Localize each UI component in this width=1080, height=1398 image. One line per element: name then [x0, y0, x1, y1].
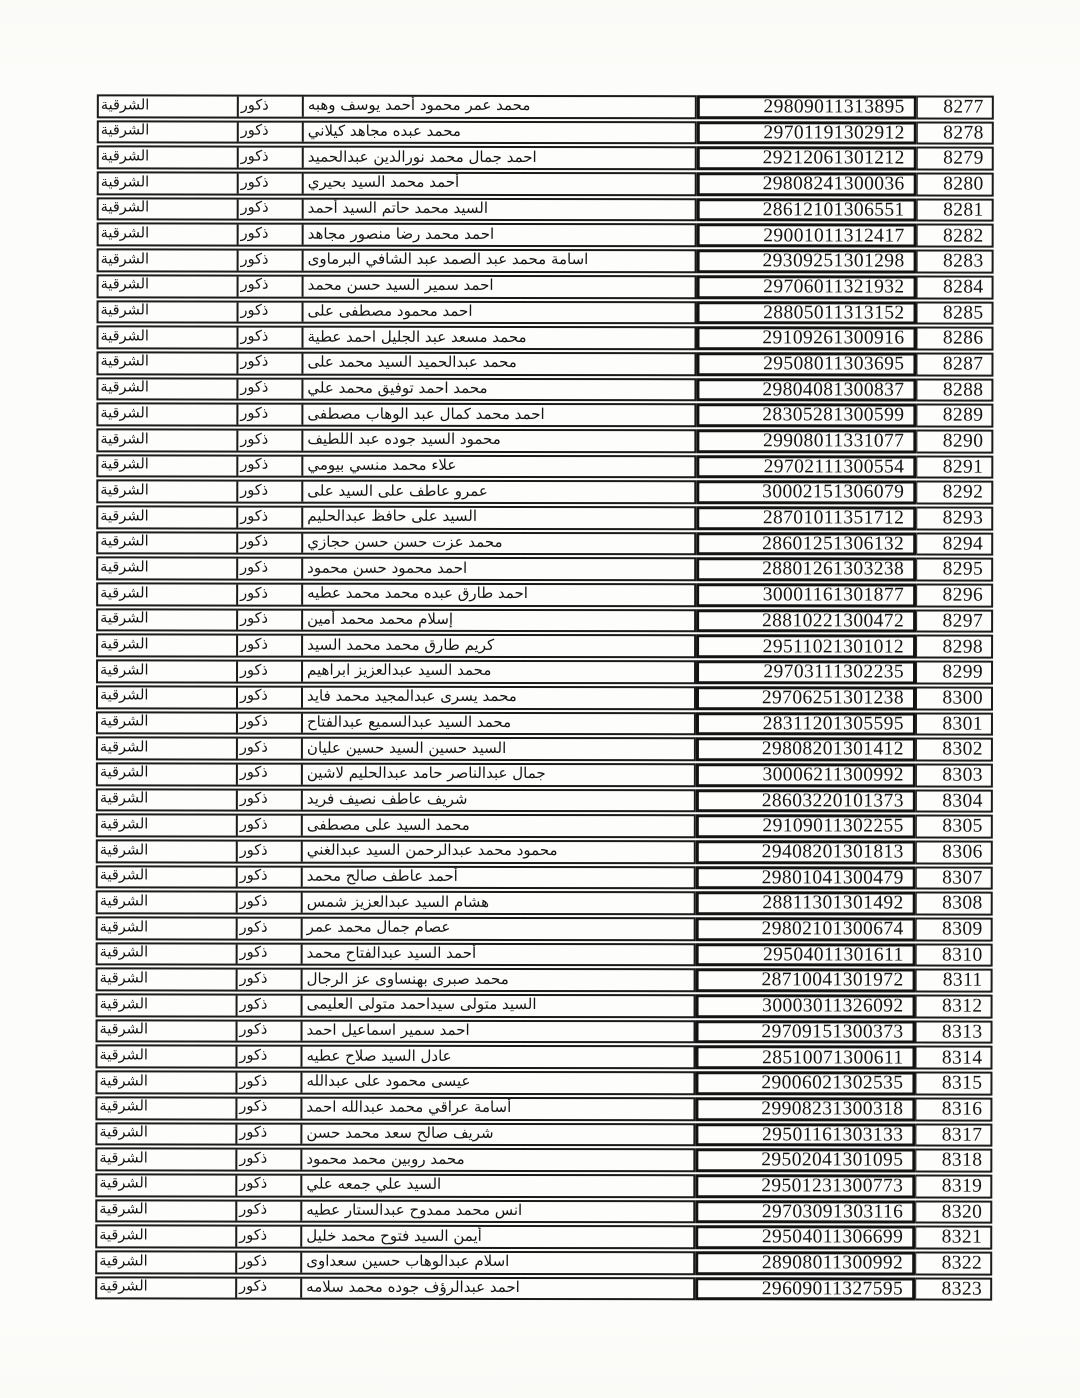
national-id-cell: 28811301301492 [696, 892, 916, 916]
national-id-cell: 28311201305595 [696, 712, 916, 736]
governorate-cell: الشرقية [99, 199, 239, 219]
national-id-cell: 29908011331077 [696, 429, 916, 453]
name-cell: السيد متولى سيداحمد متولى العليمى [303, 996, 694, 1016]
serial-cell: 8322 [915, 1251, 992, 1275]
governorate-cell: الشرقية [98, 584, 238, 604]
row-info-box: الشرقية ذكور هشام السيد عبدالعزيز شمس [96, 891, 696, 916]
name-cell: علاء محمد منسي بيومي [303, 456, 694, 476]
name-cell: محمد روبين محمد محمود [302, 1150, 693, 1170]
serial-cell: 8311 [916, 969, 993, 993]
table-row: الشرقية ذكور السيد على حافظ عبدالحليم 28… [96, 505, 993, 530]
row-info-box: الشرقية ذكور محمد يسرى عبدالمجيد محمد فا… [96, 685, 696, 710]
row-info-box: الشرقية ذكور محمد عبده مجاهد كيلاني [97, 120, 697, 145]
serial-cell: 8292 [916, 481, 993, 505]
table-row: الشرقية ذكور جمال عبدالناصر حامد عبدالحل… [96, 762, 993, 787]
serial-cell: 8309 [916, 918, 993, 942]
governorate-cell: الشرقية [98, 1021, 238, 1041]
gender-cell: ذكور [239, 97, 304, 117]
row-info-box: الشرقية ذكور محمد عمر محمود أحمد يوسف وه… [97, 94, 697, 119]
name-cell: عمرو عاطف على السيد على [303, 482, 694, 502]
row-info-box: الشرقية ذكور انس محمد ممدوح عبدالستار عط… [95, 1199, 695, 1224]
national-id-cell: 29504011301611 [696, 943, 916, 967]
gender-cell: ذكور [238, 996, 303, 1016]
national-id-cell: 30001161301877 [696, 583, 916, 607]
national-id-cell: 29504011306699 [695, 1225, 915, 1249]
name-cell: احمد عبدالرؤف جوده محمد سلامه [302, 1278, 693, 1298]
table-row: الشرقية ذكور أسامة عراقي محمد عبدالله اح… [95, 1096, 992, 1121]
row-info-box: الشرقية ذكور أحمد عاطف صالح محمد [96, 865, 696, 890]
gender-cell: ذكور [238, 353, 303, 373]
serial-cell: 8295 [916, 558, 993, 582]
name-cell: محمد السيد عبدالعزيز ابراهيم [303, 662, 694, 682]
gender-cell: ذكور [239, 251, 304, 271]
governorate-cell: الشرقية [98, 893, 238, 913]
row-info-box: الشرقية ذكور محمد مسعد عبد الجليل احمد ع… [96, 326, 696, 351]
governorate-cell: الشرقية [98, 507, 238, 527]
name-cell: إسلام محمد محمد أمين [303, 610, 694, 630]
serial-cell: 8303 [916, 763, 993, 787]
serial-cell: 8302 [916, 738, 993, 762]
gender-cell: ذكور [238, 893, 303, 913]
gender-cell: ذكور [238, 790, 303, 810]
gender-cell: ذكور [238, 1021, 303, 1041]
gender-cell: ذكور [239, 302, 304, 322]
gender-cell: ذكور [238, 405, 303, 425]
table-row: الشرقية ذكور هشام السيد عبدالعزيز شمس 28… [96, 891, 993, 916]
row-info-box: الشرقية ذكور محمد السيد عبدالسميع عبدالف… [96, 711, 696, 736]
national-id-cell: 28601251306132 [696, 532, 916, 556]
row-info-box: الشرقية ذكور علاء محمد منسي بيومي [96, 454, 696, 479]
name-cell: السيد علي جمعه علي [302, 1176, 693, 1196]
serial-cell: 8282 [917, 224, 994, 248]
serial-cell: 8312 [916, 995, 993, 1019]
name-cell: محمد عبدالحميد السيد محمد على [303, 354, 694, 374]
table-row: الشرقية ذكور السيد علي جمعه علي 29501231… [95, 1173, 992, 1198]
governorate-cell: الشرقية [97, 1124, 237, 1144]
gender-cell: ذكور [238, 482, 303, 502]
name-cell: اسلام عبدالوهاب حسين سعداوى [302, 1253, 693, 1273]
national-id-cell: 29804081300837 [696, 378, 916, 402]
table-row: الشرقية ذكور احمد طارق عبده محمد محمد عط… [96, 582, 993, 607]
table-row: الشرقية ذكور محمود السيد جوده عبد اللطيف… [96, 428, 993, 453]
serial-cell: 8306 [916, 840, 993, 864]
row-info-box: الشرقية ذكور احمد عبدالرؤف جوده محمد سلا… [95, 1276, 695, 1301]
table-row: الشرقية ذكور السيد متولى سيداحمد متولى ا… [96, 993, 993, 1018]
name-cell: احمد محمد رضا منصور مجاهد [304, 225, 695, 245]
table-row: الشرقية ذكور عصام جمال محمد عمر 29802101… [96, 916, 993, 941]
row-info-box: الشرقية ذكور كريم طارق محمد محمد السيد [96, 634, 696, 659]
gender-cell: ذكور [238, 970, 303, 990]
gender-cell: ذكور [237, 1150, 302, 1170]
governorate-cell: الشرقية [98, 995, 238, 1015]
name-cell: أحمد محمد السيد بحيري [304, 174, 695, 194]
governorate-cell: الشرقية [99, 122, 239, 142]
national-id-cell: 28305281300599 [696, 403, 916, 427]
national-id-cell: 28805011313152 [697, 301, 917, 325]
serial-cell: 8296 [916, 584, 993, 608]
national-id-cell: 28810221300472 [696, 609, 916, 633]
name-cell: السيد على حافظ عبدالحليم [303, 508, 694, 528]
governorate-cell: الشرقية [97, 1073, 237, 1093]
gender-cell: ذكور [238, 919, 303, 939]
table-row: الشرقية ذكور احمد جمال محمد نورالدين عبد… [97, 146, 994, 171]
row-info-box: الشرقية ذكور احمد سمير السيد حسن محمد [97, 274, 697, 299]
row-info-box: الشرقية ذكور السيد محمد حاتم السيد أحمد [97, 197, 697, 222]
name-cell: شريف عاطف نصيف فريد [303, 790, 694, 810]
serial-cell: 8308 [916, 892, 993, 916]
national-id-cell: 29801041300479 [696, 866, 916, 890]
gender-cell: ذكور [238, 508, 303, 528]
table-row: الشرقية ذكور احمد محمود مصطفى على 288050… [97, 300, 994, 325]
gender-cell: ذكور [238, 559, 303, 579]
row-info-box: الشرقية ذكور احمد محمود حسن محمود [96, 557, 696, 582]
governorate-cell: الشرقية [97, 1227, 237, 1247]
name-cell: محمود السيد جوده عبد اللطيف [303, 431, 694, 451]
serial-cell: 8281 [917, 198, 994, 222]
name-cell: محمد عزت حسن حسن حجازي [303, 533, 694, 553]
gender-cell: ذكور [238, 456, 303, 476]
name-cell: محمد احمد توفيق محمد علي [303, 379, 694, 399]
governorate-cell: الشرقية [97, 1278, 237, 1298]
national-id-cell: 29006021302535 [695, 1071, 915, 1095]
national-id-cell: 29703111302235 [696, 660, 916, 684]
national-id-cell: 29703091303116 [695, 1200, 915, 1224]
serial-cell: 8316 [915, 1097, 992, 1121]
row-info-box: الشرقية ذكور السيد متولى سيداحمد متولى ا… [96, 993, 696, 1018]
table-row: الشرقية ذكور محمد عمر محمود أحمد يوسف وه… [97, 94, 994, 119]
governorate-cell: الشرقية [98, 970, 238, 990]
governorate-cell: الشرقية [98, 405, 238, 425]
gender-cell: ذكور [237, 1278, 302, 1298]
gender-cell: ذكور [237, 1201, 302, 1221]
gender-cell: ذكور [237, 1227, 302, 1247]
gender-cell: ذكور [239, 199, 304, 219]
governorate-cell: الشرقية [98, 328, 238, 348]
gender-cell: ذكور [238, 662, 303, 682]
row-info-box: الشرقية ذكور أحمد السيد عبدالفتاح محمد [96, 942, 696, 967]
table-row: الشرقية ذكور احمد سمير اسماعيل احمد 2970… [96, 1019, 993, 1044]
serial-cell: 8286 [916, 327, 993, 351]
governorate-cell: الشرقية [98, 456, 238, 476]
national-id-cell: 29501161303133 [695, 1123, 915, 1147]
row-info-box: الشرقية ذكور إسلام محمد محمد أمين [96, 608, 696, 633]
table-row: الشرقية ذكور أيمن السيد فتوح محمد خليل 2… [95, 1225, 992, 1250]
national-id-cell: 29808241300036 [697, 172, 917, 196]
row-info-box: الشرقية ذكور محمد روبين محمد محمود [95, 1148, 695, 1173]
serial-cell: 8293 [916, 507, 993, 531]
table-row: الشرقية ذكور احمد محمود حسن محمود 288012… [96, 557, 993, 582]
serial-cell: 8314 [915, 1046, 992, 1070]
gender-cell: ذكور [238, 610, 303, 630]
gender-cell: ذكور [237, 1175, 302, 1195]
scanned-page: الشرقية ذكور محمد عمر محمود أحمد يوسف وه… [0, 0, 1080, 1398]
table-row: الشرقية ذكور عيسى محمود على عبدالله 2900… [95, 1070, 992, 1095]
name-cell: أيمن السيد فتوح محمد خليل [302, 1227, 693, 1247]
national-id-cell: 29802101300674 [696, 917, 916, 941]
gender-cell: ذكور [238, 816, 303, 836]
national-id-cell: 28908011300992 [695, 1251, 915, 1275]
serial-cell: 8313 [916, 1020, 993, 1044]
national-id-cell: 29212061301212 [697, 147, 917, 171]
gender-cell: ذكور [238, 636, 303, 656]
national-id-cell: 29001011312417 [697, 224, 917, 248]
gender-cell: ذكور [237, 1253, 302, 1273]
table-row: الشرقية ذكور اسامة محمد عبد الصمد عبد ال… [97, 248, 994, 273]
row-info-box: الشرقية ذكور احمد جمال محمد نورالدين عبد… [97, 146, 697, 171]
serial-cell: 8305 [916, 815, 993, 839]
table-row: الشرقية ذكور علاء محمد منسي بيومي 297021… [96, 454, 993, 479]
national-id-cell: 28801261303238 [696, 558, 916, 582]
gender-cell: ذكور [239, 122, 304, 142]
governorate-cell: الشرقية [98, 764, 238, 784]
governorate-cell: الشرقية [98, 918, 238, 938]
serial-cell: 8304 [916, 789, 993, 813]
serial-cell: 8280 [917, 173, 994, 197]
name-cell: أحمد عاطف صالح محمد [303, 867, 694, 887]
serial-cell: 8294 [916, 532, 993, 556]
serial-cell: 8321 [915, 1226, 992, 1250]
governorate-cell: الشرقية [99, 173, 239, 193]
name-cell: احمد سمير السيد حسن محمد [304, 276, 695, 296]
governorate-cell: الشرقية [98, 816, 238, 836]
gender-cell: ذكور [239, 276, 304, 296]
serial-cell: 8301 [916, 712, 993, 736]
gender-cell: ذكور [238, 585, 303, 605]
table-row: الشرقية ذكور احمد محمد رضا منصور مجاهد 2… [97, 223, 994, 248]
table-row: الشرقية ذكور عادل السيد صلاح عطيه 285100… [95, 1045, 992, 1070]
row-info-box: الشرقية ذكور شريف صالح سعد محمد حسن [95, 1122, 695, 1147]
table-row: الشرقية ذكور عمرو عاطف على السيد على 300… [96, 480, 993, 505]
name-cell: محمد السيد عبدالسميع عبدالفتاح [303, 713, 694, 733]
serial-cell: 8318 [915, 1149, 992, 1173]
serial-cell: 8307 [916, 866, 993, 890]
row-info-box: الشرقية ذكور محمود السيد جوده عبد اللطيف [96, 428, 696, 453]
national-id-cell: 29709151300373 [696, 1020, 916, 1044]
table-row: الشرقية ذكور السيد حسين السيد حسين عليان… [96, 737, 993, 762]
row-info-box: الشرقية ذكور السيد على حافظ عبدالحليم [96, 505, 696, 530]
national-id-cell: 30006211300992 [696, 763, 916, 787]
governorate-cell: الشرقية [98, 713, 238, 733]
serial-cell: 8287 [916, 352, 993, 376]
table-row: الشرقية ذكور إسلام محمد محمد أمين 288102… [96, 608, 993, 633]
gender-cell: ذكور [239, 148, 304, 168]
name-cell: محمود محمد عبدالرحمن السيد عبدالغني [303, 842, 694, 862]
name-cell: احمد سمير اسماعيل احمد [303, 1021, 694, 1041]
name-cell: جمال عبدالناصر حامد عبدالحليم لاشين [303, 765, 694, 785]
name-cell: شريف صالح سعد محمد حسن [302, 1124, 693, 1144]
serial-cell: 8289 [916, 404, 993, 428]
table-row: الشرقية ذكور محمد عبده مجاهد كيلاني 2970… [97, 120, 994, 145]
governorate-cell: الشرقية [98, 739, 238, 759]
serial-cell: 8291 [916, 455, 993, 479]
table-row: الشرقية ذكور السيد محمد حاتم السيد أحمد … [97, 197, 994, 222]
name-cell: محمد عبده مجاهد كيلاني [304, 122, 695, 142]
table-row: الشرقية ذكور أحمد محمد السيد بحيري 29808… [97, 171, 994, 196]
table-row: الشرقية ذكور محمد عبدالحميد السيد محمد ع… [96, 351, 993, 376]
table-row: الشرقية ذكور محمد السيد على مصطفى 291090… [96, 814, 993, 839]
national-id-cell: 29502041301095 [695, 1148, 915, 1172]
governorate-cell: الشرقية [98, 533, 238, 553]
gender-cell: ذكور [238, 713, 303, 733]
national-id-cell: 28510071300611 [695, 1046, 915, 1070]
governorate-cell: الشرقية [98, 482, 238, 502]
serial-cell: 8285 [917, 301, 994, 325]
name-cell: محمد عمر محمود أحمد يوسف وهبه [304, 97, 695, 117]
table-row: الشرقية ذكور محمد السيد عبدالسميع عبدالف… [96, 711, 993, 736]
serial-cell: 8323 [915, 1277, 992, 1301]
table-row: الشرقية ذكور محمد روبين محمد محمود 29502… [95, 1148, 992, 1173]
governorate-cell: الشرقية [98, 379, 238, 399]
governorate-cell: الشرقية [98, 353, 238, 373]
row-info-box: الشرقية ذكور عيسى محمود على عبدالله [95, 1070, 695, 1095]
governorate-cell: الشرقية [98, 867, 238, 887]
gender-cell: ذكور [238, 764, 303, 784]
serial-cell: 8310 [916, 943, 993, 967]
serial-cell: 8290 [916, 429, 993, 453]
serial-cell: 8284 [917, 275, 994, 299]
table-row: الشرقية ذكور محمد صبرى بهنساوى عز الرجال… [96, 968, 993, 993]
governorate-cell: الشرقية [98, 636, 238, 656]
name-cell: احمد محمد كمال عبد الوهاب مصطفى [303, 405, 694, 425]
governorate-cell: الشرقية [99, 251, 239, 271]
governorate-cell: الشرقية [99, 276, 239, 296]
serial-cell: 8315 [915, 1072, 992, 1096]
gender-cell: ذكور [239, 225, 304, 245]
table-row: الشرقية ذكور محمود محمد عبدالرحمن السيد … [96, 839, 993, 864]
governorate-cell: الشرقية [98, 687, 238, 707]
governorate-cell: الشرقية [97, 1150, 237, 1170]
table-row: الشرقية ذكور محمد عزت حسن حسن حجازي 2860… [96, 531, 993, 556]
national-id-cell: 29511021301012 [696, 635, 916, 659]
row-info-box: الشرقية ذكور احمد محمد كمال عبد الوهاب م… [96, 403, 696, 428]
governorate-cell: الشرقية [99, 148, 239, 168]
name-cell: عيسى محمود على عبدالله [302, 1073, 693, 1093]
name-cell: احمد محمود مصطفى على [304, 302, 695, 322]
table-row: الشرقية ذكور انس محمد ممدوح عبدالستار عط… [95, 1199, 992, 1224]
row-info-box: الشرقية ذكور عادل السيد صلاح عطيه [95, 1045, 695, 1070]
governorate-cell: الشرقية [98, 430, 238, 450]
row-info-box: الشرقية ذكور محمد احمد توفيق محمد علي [96, 377, 696, 402]
national-id-cell: 29809011313895 [697, 95, 917, 119]
serial-cell: 8319 [915, 1174, 992, 1198]
row-info-box: الشرقية ذكور احمد محمد رضا منصور مجاهد [97, 223, 697, 248]
governorate-cell: الشرقية [97, 1047, 237, 1067]
governorate-cell: الشرقية [97, 1098, 237, 1118]
national-id-cell: 30002151306079 [696, 481, 916, 505]
table-row: الشرقية ذكور محمد يسرى عبدالمجيد محمد فا… [96, 685, 993, 710]
national-id-cell: 28612101306551 [697, 198, 917, 222]
governorate-cell: الشرقية [97, 1201, 237, 1221]
gender-cell: ذكور [237, 1047, 302, 1067]
gender-cell: ذكور [238, 867, 303, 887]
row-info-box: الشرقية ذكور محمد عزت حسن حسن حجازي [96, 531, 696, 556]
serial-cell: 8279 [917, 147, 994, 171]
gender-cell: ذكور [238, 431, 303, 451]
gender-cell: ذكور [238, 687, 303, 707]
serial-cell: 8299 [916, 661, 993, 685]
name-cell: انس محمد ممدوح عبدالستار عطيه [302, 1201, 693, 1221]
governorate-cell: الشرقية [98, 790, 238, 810]
row-info-box: الشرقية ذكور اسامة محمد عبد الصمد عبد ال… [97, 248, 697, 273]
national-id-cell: 29408201301813 [696, 840, 916, 864]
table-row: الشرقية ذكور شريف صالح سعد محمد حسن 2950… [95, 1122, 992, 1147]
table-row: الشرقية ذكور احمد محمد كمال عبد الوهاب م… [96, 403, 993, 428]
name-cell: أسامة عراقي محمد عبدالله احمد [302, 1098, 693, 1118]
row-info-box: الشرقية ذكور احمد سمير اسماعيل احمد [96, 1019, 696, 1044]
national-id-cell: 29702111300554 [696, 455, 916, 479]
governorate-cell: الشرقية [97, 1252, 237, 1272]
row-info-box: الشرقية ذكور السيد حسين السيد حسين عليان [96, 737, 696, 762]
row-info-box: الشرقية ذكور عمرو عاطف على السيد على [96, 480, 696, 505]
table-row: الشرقية ذكور كريم طارق محمد محمد السيد 2… [96, 634, 993, 659]
row-info-box: الشرقية ذكور أسامة عراقي محمد عبدالله اح… [95, 1096, 695, 1121]
row-info-box: الشرقية ذكور احمد طارق عبده محمد محمد عط… [96, 582, 696, 607]
table-row: الشرقية ذكور اسلام عبدالوهاب حسين سعداوى… [95, 1250, 992, 1275]
row-info-box: الشرقية ذكور محمد عبدالحميد السيد محمد ع… [96, 351, 696, 376]
table-row: الشرقية ذكور احمد سمير السيد حسن محمد 29… [97, 274, 994, 299]
gender-cell: ذكور [238, 533, 303, 553]
serial-cell: 8283 [917, 250, 994, 274]
national-id-cell: 30003011326092 [696, 994, 916, 1018]
serial-cell: 8320 [915, 1200, 992, 1224]
governorate-cell: الشرقية [98, 559, 238, 579]
national-id-cell: 29109011302255 [696, 814, 916, 838]
governorate-cell: الشرقية [99, 302, 239, 322]
row-info-box: الشرقية ذكور أيمن السيد فتوح محمد خليل [95, 1225, 695, 1250]
name-cell: محمد صبرى بهنساوى عز الرجال [303, 970, 694, 990]
row-info-box: الشرقية ذكور محمد صبرى بهنساوى عز الرجال [96, 968, 696, 993]
name-cell: عصام جمال محمد عمر [303, 919, 694, 939]
serial-cell: 8300 [916, 686, 993, 710]
national-id-cell: 29309251301298 [697, 249, 917, 273]
national-id-cell: 29706011321932 [697, 275, 917, 299]
governorate-cell: الشرقية [99, 96, 239, 116]
serial-cell: 8297 [916, 609, 993, 633]
serial-cell: 8278 [917, 121, 994, 145]
table-row: الشرقية ذكور أحمد عاطف صالح محمد 2980104… [96, 865, 993, 890]
name-cell: احمد محمود حسن محمود [303, 559, 694, 579]
governorate-cell: الشرقية [99, 225, 239, 245]
name-cell: السيد محمد حاتم السيد أحمد [304, 199, 695, 219]
national-id-cell: 29109261300916 [696, 326, 916, 350]
gender-cell: ذكور [238, 842, 303, 862]
serial-cell: 8317 [915, 1123, 992, 1147]
serial-cell: 8288 [916, 378, 993, 402]
gender-cell: ذكور [238, 379, 303, 399]
national-id-cell: 29508011303695 [696, 352, 916, 376]
table-row: الشرقية ذكور احمد عبدالرؤف جوده محمد سلا… [95, 1276, 992, 1301]
table-row: الشرقية ذكور محمد السيد عبدالعزيز ابراهي… [96, 659, 993, 684]
name-cell: هشام السيد عبدالعزيز شمس [303, 893, 694, 913]
national-id-cell: 28710041301972 [696, 969, 916, 993]
gender-cell: ذكور [238, 739, 303, 759]
national-id-cell: 29706251301238 [696, 686, 916, 710]
serial-cell: 8298 [916, 635, 993, 659]
name-cell: أحمد السيد عبدالفتاح محمد [303, 944, 694, 964]
name-cell: احمد طارق عبده محمد محمد عطيه [303, 585, 694, 605]
gender-cell: ذكور [237, 1073, 302, 1093]
row-info-box: الشرقية ذكور أحمد محمد السيد بحيري [97, 171, 697, 196]
name-cell: كريم طارق محمد محمد السيد [303, 636, 694, 656]
row-info-box: الشرقية ذكور احمد محمود مصطفى على [97, 300, 697, 325]
gender-cell: ذكور [238, 944, 303, 964]
row-info-box: الشرقية ذكور السيد علي جمعه علي [95, 1173, 695, 1198]
row-info-box: الشرقية ذكور محمد السيد عبدالعزيز ابراهي… [96, 659, 696, 684]
name-cell: عادل السيد صلاح عطيه [302, 1047, 693, 1067]
table-row: الشرقية ذكور محمد احمد توفيق محمد علي 29… [96, 377, 993, 402]
registry-table: الشرقية ذكور محمد عمر محمود أحمد يوسف وه… [95, 94, 994, 1301]
row-info-box: الشرقية ذكور شريف عاطف نصيف فريد [96, 788, 696, 813]
